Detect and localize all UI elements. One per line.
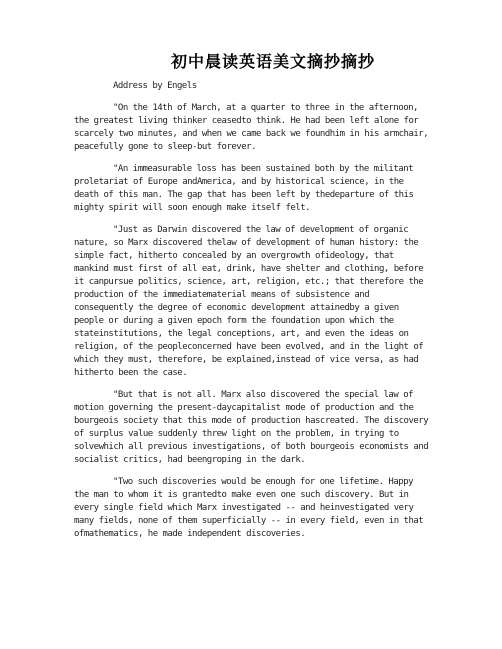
paragraph-4: "But that is not all. Marx also discover… — [74, 389, 432, 467]
document-page: 初中晨读英语美文摘抄摘抄 Address by Engels "On the 1… — [0, 0, 502, 649]
paragraph-5: "Two such discoveries would be enough fo… — [74, 476, 432, 541]
document-subtitle: Address by Engels — [74, 80, 432, 93]
paragraph-2: "An immeasurable loss has been sustained… — [74, 163, 432, 215]
paragraph-3: "Just as Darwin discovered the law of de… — [74, 224, 432, 380]
paragraph-1: "On the 14th of March, at a quarter to t… — [74, 102, 432, 154]
document-title: 初中晨读英语美文摘抄摘抄 — [74, 55, 432, 68]
